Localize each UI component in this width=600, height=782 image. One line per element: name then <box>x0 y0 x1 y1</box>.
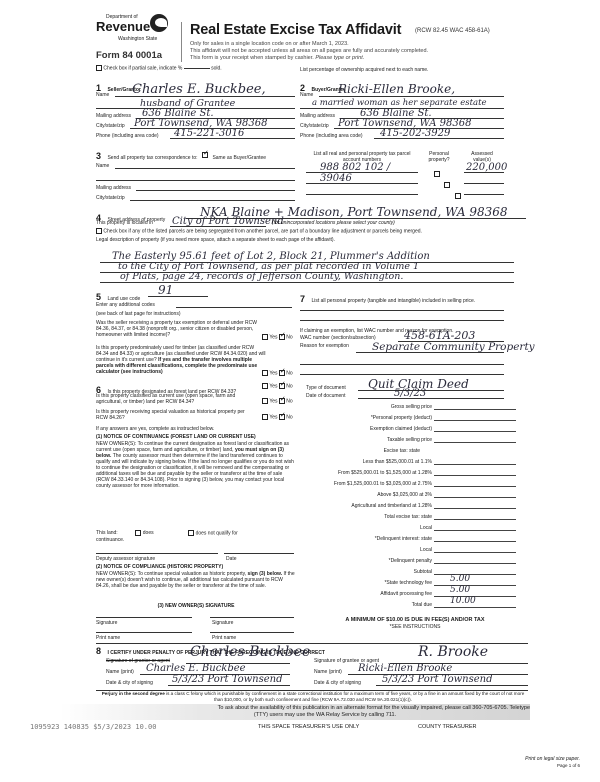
historic-question: Is this property receiving special valua… <box>96 409 246 421</box>
reason-line-3[interactable] <box>300 374 504 375</box>
parcel-assessed-value: 220,000 <box>466 162 507 173</box>
accessibility-line1: To ask about the availability of this pu… <box>200 705 530 712</box>
agency-state: Washington State <box>118 36 157 42</box>
fee-field[interactable] <box>434 563 516 564</box>
fee-field[interactable] <box>434 497 516 498</box>
grantee-date-value: 5/3/23 Port Townsend <box>382 674 493 685</box>
property-located-label: This property is located in <box>96 220 153 226</box>
fee-row: Total due 10.00 <box>300 602 530 611</box>
notice1-title: (1) NOTICE OF CONTINUANCE (FOREST LAND O… <box>96 434 256 440</box>
fee-row: Gross selling price <box>300 404 530 413</box>
doc-date-value: 5/3/23 <box>394 388 426 399</box>
signature-label-1: Signature <box>96 620 117 626</box>
parcel-table: 988 802 102 / 220,000 39046 <box>0 0 600 18</box>
historic-no-checkbox[interactable] <box>279 414 285 420</box>
timber-no-checkbox[interactable] <box>279 370 285 376</box>
new-owner-signature-2[interactable] <box>210 617 294 618</box>
current-use-yes-checkbox[interactable] <box>262 398 268 404</box>
minimum-notice: A MINIMUM OF $10.00 IS DUE IN FEE(S) AND… <box>300 617 530 624</box>
fee-row: From $1,525,000.01 to $3,025,000 at 2.75… <box>300 481 530 490</box>
grantor-date-value: 5/3/23 Port Townsend <box>172 674 283 685</box>
historic-yes-checkbox[interactable] <box>262 414 268 420</box>
fee-field[interactable] <box>434 442 516 443</box>
notice2-title: (2) NOTICE OF COMPLIANCE (HISTORIC PROPE… <box>96 564 223 570</box>
grantor-date-field[interactable] <box>168 685 290 686</box>
wac-label: WAC number (section/subsection) <box>300 335 376 341</box>
form-number: Form 84 0001a <box>96 50 162 61</box>
current-use-question: Is this property classified as current u… <box>96 393 256 405</box>
reason-line-2[interactable] <box>300 364 504 365</box>
seller-mailing-label: Mailing address <box>96 113 131 119</box>
header-divider <box>181 22 182 62</box>
grantee-name-label: Name (print) <box>314 669 342 675</box>
deputy-signature-label: Deputy assessor signature <box>96 556 155 562</box>
timber-yes-checkbox[interactable] <box>262 370 268 376</box>
continuance-label: continuance. <box>96 537 124 543</box>
fee-field[interactable] <box>434 530 516 531</box>
fee-row: Local <box>300 547 530 556</box>
doc-type-label: Type of document <box>306 385 346 391</box>
page-title: Real Estate Excise Tax Affidavit <box>190 22 401 38</box>
parcel-col-personal: Personal property? <box>424 151 454 163</box>
fee-row: *Delinquent interest: state <box>300 536 530 545</box>
qualify-row: This land: does does not qualify for <box>96 530 296 536</box>
revenue-swirl-icon <box>150 14 168 32</box>
exemption-yes-checkbox[interactable] <box>262 334 268 340</box>
fee-field[interactable] <box>434 409 516 410</box>
fee-row: *Personal property (deduct) <box>300 415 530 424</box>
segregated-checkbox[interactable] <box>96 228 102 234</box>
personal-property-line-1[interactable] <box>300 310 504 311</box>
fee-row: *Delinquent penalty <box>300 558 530 567</box>
fee-row: Local <box>300 525 530 534</box>
if-yes-note: If any answers are yes, complete as inst… <box>96 426 214 432</box>
doc-date-label: Date of document <box>306 393 345 399</box>
personal-property-line-2[interactable] <box>300 320 504 321</box>
deputy-date-label: Date <box>226 556 237 562</box>
deputy-signature-field[interactable] <box>96 553 218 554</box>
personal-property-row: 7 List all personal property (tangible a… <box>300 289 510 307</box>
grantor-name-label: Name (print) <box>106 669 134 675</box>
buyer-name-field[interactable] <box>319 96 504 97</box>
new-owner-print-2[interactable] <box>210 632 294 633</box>
fee-row: Exemption claimed (deduct) <box>300 426 530 435</box>
parcel-personal-checkbox[interactable] <box>444 182 450 188</box>
fee-row: *State technology fee 5.00 <box>300 580 530 589</box>
fee-field[interactable] <box>434 541 516 542</box>
fee-row: Subtotal <box>300 569 530 578</box>
seller-phone-value: 415-221-3016 <box>174 128 244 139</box>
seller-phone-label: Phone (including area code) <box>96 133 159 139</box>
legal-description-label: Legal description of property (if you ne… <box>96 237 335 243</box>
parcel-account-value: 988 802 102 / <box>320 162 390 173</box>
legal-value-3: of Plats, page 24, records of Jefferson … <box>120 271 403 282</box>
doc-date-field[interactable] <box>358 398 504 399</box>
notice3-title: (3) NEW OWNER(S) SIGNATURE <box>96 603 296 609</box>
buyer-name-value: Ricki-Ellen Brooke, <box>338 82 455 96</box>
partial-sale-percent-field[interactable] <box>184 68 210 69</box>
grantee-date-field[interactable] <box>376 685 528 686</box>
additional-codes-field[interactable] <box>176 307 292 308</box>
fee-field[interactable] <box>434 464 516 465</box>
land-use-code-field[interactable] <box>148 296 208 297</box>
property-located-note: (for unincorporated locations please sel… <box>272 220 395 226</box>
corr-mailing-label: Mailing address <box>96 185 131 191</box>
exemption-no-checkbox[interactable] <box>279 334 285 340</box>
corr-city-field[interactable] <box>130 200 295 201</box>
notice-line1: Only for sales in a single location code… <box>190 41 349 48</box>
corr-city-label: City/state/zip <box>96 195 125 201</box>
fee-field[interactable] <box>434 607 516 608</box>
notice-line2: This affidavit will not be accepted unle… <box>190 48 428 55</box>
corr-name-field[interactable] <box>115 168 295 169</box>
forest-yes-checkbox[interactable] <box>262 383 268 389</box>
corr-name-label: Name <box>96 163 109 169</box>
partial-sale-row: Check box if partial sale, indicate % so… <box>96 65 222 71</box>
corr-name-field-2[interactable] <box>96 180 295 181</box>
seller-city-label: City/state/zip <box>96 123 125 129</box>
accessibility-line2: (TTY) users may use the WA Relay Service… <box>200 712 450 719</box>
current-use-no-checkbox[interactable] <box>279 398 285 404</box>
fee-field[interactable] <box>434 431 516 432</box>
fee-field[interactable] <box>434 486 516 487</box>
land-use-code-value: 91 <box>158 283 173 297</box>
corr-mailing-field[interactable] <box>136 190 295 191</box>
same-as-buyer-checkbox[interactable] <box>202 152 208 158</box>
grantee-date-label: Date & city of signing <box>314 680 361 686</box>
fee-row: Excise tax: state <box>300 448 530 457</box>
fee-field[interactable] <box>434 475 516 476</box>
ownership-note: List percentage of ownership acquired ne… <box>300 67 428 73</box>
notice-line3: This form is your receipt when stamped b… <box>190 55 364 62</box>
statute-ref: (RCW 82.45 WAC 458-61A) <box>415 28 490 35</box>
buyer-city-label: City/state/zip <box>300 123 329 129</box>
fee-row: Less than $525,000.01 at 1.1% <box>300 459 530 468</box>
property-located-value: City of Port Townsend <box>172 216 284 227</box>
buyer-mailing-label: Mailing address <box>300 113 335 119</box>
fee-row: Above $3,025,000 at 3% <box>300 492 530 501</box>
agency-name: Revenue <box>96 20 150 34</box>
exemption-question: Was the seller receiving a property tax … <box>96 320 264 338</box>
fee-row: Total excise tax: state <box>300 514 530 523</box>
seller-name-value: Charles E. Buckbee, <box>132 82 266 97</box>
fee-row: Affidavit processing fee 5.00 <box>300 591 530 600</box>
reason-label: Reason for exemption <box>300 343 349 349</box>
buyer-name-value-2: a married woman as her separate estate <box>312 98 487 108</box>
fee-field[interactable] <box>434 420 516 421</box>
perjury-notice: Perjury in the second degree is a class … <box>100 691 526 702</box>
new-owner-signature-1[interactable] <box>96 617 192 618</box>
segregated-row: Check box if any of the listed parcels a… <box>96 228 422 234</box>
fee-field[interactable] <box>434 552 516 553</box>
see-instructions: *SEE INSTRUCTIONS <box>300 624 530 630</box>
signature-label-2: Signature <box>212 620 233 626</box>
partial-sale-checkbox[interactable] <box>96 65 102 71</box>
notice1-body: NEW OWNER(S): To continue the current de… <box>96 441 296 489</box>
exemption-yes-no: Yes No <box>262 334 293 340</box>
fee-field[interactable] <box>434 585 516 586</box>
page-indicator: Page 1 of 6 <box>470 763 580 768</box>
timber-yes-no: Yes No <box>262 370 293 376</box>
forest-no-checkbox[interactable] <box>279 383 285 389</box>
correspondence-heading: 3 Send all property tax correspondence t… <box>96 146 266 164</box>
print-note: Print on legal size paper. <box>470 756 580 762</box>
additional-codes-note: (see back of last page for instructions) <box>96 311 181 317</box>
fee-field[interactable] <box>434 574 516 575</box>
seller-name-label: Name <box>96 92 109 98</box>
fee-field[interactable] <box>434 508 516 509</box>
parcel-assessed-field[interactable] <box>464 183 504 184</box>
forest-yes-no: Yes No <box>262 383 293 389</box>
historic-yes-no: Yes No <box>262 414 293 420</box>
grantee-name-value: Ricki-Ellen Brooke <box>358 663 452 674</box>
new-owner-print-1[interactable] <box>96 632 192 633</box>
grantee-signature-value: R. Brooke <box>418 644 488 660</box>
parcel-personal-checkbox[interactable] <box>455 193 461 199</box>
fee-row: Taxable selling price <box>300 437 530 446</box>
parcel-assessed-field[interactable] <box>464 194 504 195</box>
does-qualify-checkbox[interactable] <box>135 530 141 536</box>
grantor-name-value: Charles E. Buckbee <box>146 663 246 674</box>
parcel-account-field[interactable] <box>306 194 418 195</box>
deputy-date-field[interactable] <box>224 553 294 554</box>
parcel-account-value: 39046 <box>320 173 352 184</box>
current-use-yes-no: Yes No <box>262 398 293 404</box>
does-not-qualify-checkbox[interactable] <box>188 530 194 536</box>
timber-question: Is this property predominately used for … <box>96 345 266 375</box>
reason-value: Separate Community Property <box>372 341 535 353</box>
grantor-date-label: Date & city of signing <box>106 680 153 686</box>
treasurer-use-label: THIS SPACE TREASURER'S USE ONLY <box>258 724 359 731</box>
parcel-personal-checkbox[interactable] <box>434 171 440 177</box>
fee-field[interactable] <box>434 519 516 520</box>
additional-codes-label: Enter any additional codes <box>96 302 155 308</box>
buyer-phone-label: Phone (including area code) <box>300 133 363 139</box>
grantor-signature-value: Charles Buckbee <box>190 644 310 660</box>
notice2-body: NEW OWNER(S): To continue special valuat… <box>96 571 296 589</box>
fee-row: From $525,000.01 to $1,525,000 at 1.28% <box>300 470 530 479</box>
buyer-phone-value: 415-202-3929 <box>380 128 450 139</box>
cashier-stamp: 1095923 140835 $5/3/2023 10.00 <box>30 723 156 731</box>
county-treasurer-label: COUNTY TREASURER <box>418 724 476 731</box>
fee-row: Agricultural and timberland at 1.28% <box>300 503 530 512</box>
